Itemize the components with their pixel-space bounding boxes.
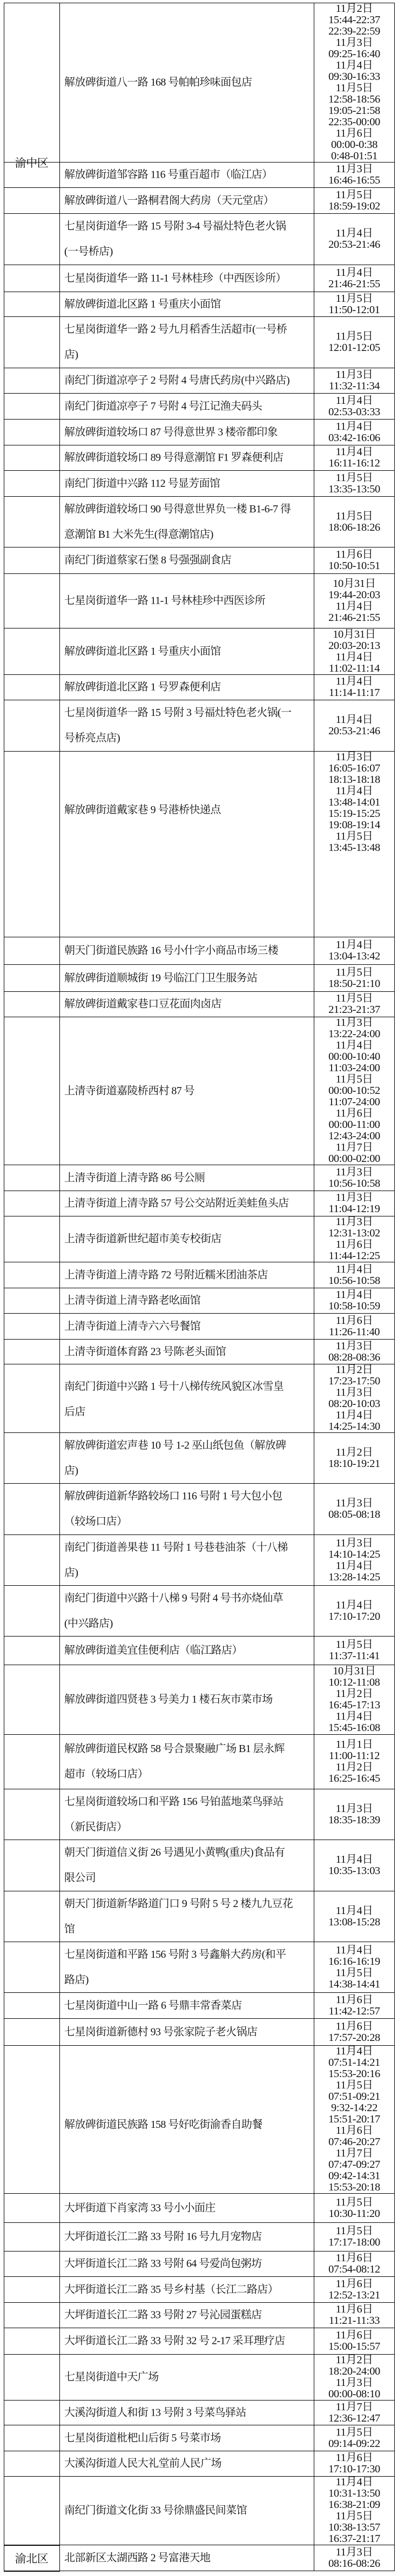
table-row: 大溪沟街道人和街 13 号附 3 号菜鸟驿站 11月7日12:36-12:47 xyxy=(4,2401,395,2425)
address-cell: 七星岗街道和平路 156 号附 3 号鑫斛大药房(和平 路店) xyxy=(59,1942,314,1992)
time-range: 08:05-08:18 xyxy=(328,1509,380,1520)
address-cell: 大坪街道下肖家湾 33 号小小面庄 xyxy=(59,2194,314,2222)
date-label: 11月3日 xyxy=(336,1498,373,1509)
address-text: 朝天门街道新华路道门口 9 号附 5 号 2 楼九九豆花 馆 xyxy=(64,1891,311,1942)
address-cell: 解放碑街道宏声巷 10 号 1-2 巫山纸包鱼（解放碑 店) xyxy=(59,1433,314,1483)
date-label: 11月5日 xyxy=(336,2511,373,2522)
table-row: 解放碑街道四贤巷 3 号美力 1 楼石灰市菜市场 10月31日10:12-11:… xyxy=(4,1665,395,1735)
date-label: 11月5日 xyxy=(336,472,373,484)
date-label: 11月7日 xyxy=(336,2402,373,2413)
date-label: 11月3日 xyxy=(336,37,373,49)
address-text: 大溪沟街道人和街 13 号附 3 号菜鸟驿站 xyxy=(64,2400,311,2425)
address-cell: 解放碑街道美宜佳便利店（临江路店） xyxy=(59,1637,314,1665)
address-text: 大坪街道长江二路 33 号附 32 号 2-17 采耳理疗店 xyxy=(64,2329,311,2354)
time-cell: 11月4日20:53-21:46 xyxy=(314,700,395,751)
address-text: 解放碑街道民权路 58 号合景聚融广场 B1 层永辉 超市（较场口店） xyxy=(64,1736,311,1787)
date-label: 11月4日 xyxy=(336,676,373,687)
address-text: 解放碑街道戴家巷口豆花面肉卤店 xyxy=(64,992,311,1017)
date-label: 11月3日 xyxy=(336,1192,373,1204)
address-cell: 解放碑街道八一路 168 号帕帕珍味面包店 xyxy=(59,3,314,162)
date-label: 11月4日 xyxy=(336,1905,373,1917)
date-label: 11月6日 xyxy=(336,1315,373,1327)
time-range: 14:25-14:30 xyxy=(328,1421,380,1432)
date-label: 11月6日 xyxy=(336,1994,373,2006)
address-text: 七星岗街道新德村 93 号张家院子老火锅店 xyxy=(64,2019,311,2045)
address-text: 七星岗街道华一路 15 号附 3 号福灶特色老火锅(一 号桥亮点店) xyxy=(64,700,311,751)
address-cell: 解放碑街道八一路桐君阁大药房（天元堂店） xyxy=(59,188,314,213)
time-cell: 11月3日13:22-24:0011月4日00:00-10:4011:03-24… xyxy=(314,1017,395,1165)
date-label: 11月4日 xyxy=(336,1264,373,1275)
time-range: 10:12-11:08 xyxy=(328,1677,380,1688)
table-row: 朝天门街道民族路 16 号小什字小商品市场三楼 11月4日13:04-13:42 xyxy=(4,937,395,965)
table-row: 解放碑街道北区路 1 号重庆小面馆 11月5日11:50-12:01 xyxy=(4,292,395,317)
date-label: 11月5日 xyxy=(336,993,373,1004)
date-label: 11月5日 xyxy=(336,2427,373,2438)
time-range: 11:26-11:40 xyxy=(329,1327,380,1338)
address-text: 北部新区太湖西路 2 号富港天地 xyxy=(64,2545,311,2571)
time-range: 16:45-17:13 xyxy=(328,1700,380,1711)
address-text: 上清寺街道上清寺路老吆面馆 xyxy=(64,1288,311,1314)
address-cell: 解放碑街道四贤巷 3 号美力 1 楼石灰市菜市场 xyxy=(59,1665,314,1734)
date-label: 11月3日 xyxy=(336,2547,373,2558)
table-row: 七星岗街道华一路 11-1 号林桂珍（中西医诊所） 11月4日21:46-21:… xyxy=(4,265,395,292)
address-text: 解放碑街道戴家巷 9 号港桥快递点 xyxy=(64,797,311,823)
address-cell: 解放碑街道戴家巷口豆花面肉卤店 xyxy=(59,992,314,1017)
date-label: 11月6日 xyxy=(336,2304,373,2315)
time-cell: 11月4日21:46-21:55 xyxy=(314,265,395,292)
time-cell: 11月4日13:08-15:28 xyxy=(314,1891,395,1942)
time-range: 18:10-19:21 xyxy=(328,1458,380,1470)
address-text: 七星岗街道华一路 11-1 号林桂珍（中西医诊所） xyxy=(64,266,311,291)
date-label: 11月4日 xyxy=(336,714,373,726)
table-row: 南纪门街道善果巷 11 号附 1 号巷巷油茶（十八梯 店) 11月3日14:10… xyxy=(4,1535,395,1586)
time-cell: 11月4日11:14-11:17 xyxy=(314,675,395,700)
address-text: 七星岗街道较场口和平路 156 号铂蓝地菜鸟驿站 （新民街店） xyxy=(64,1789,311,1840)
date-label: 11月3日 xyxy=(336,1538,373,1549)
time-cell: 11月6日17:10-17:30 xyxy=(314,2451,395,2476)
date-label: 11月6日 xyxy=(336,2278,373,2290)
date-label: 11月4日 xyxy=(336,447,373,458)
time-range: 20:53-21:46 xyxy=(328,239,380,251)
time-cell: 11月4日03:42-16:06 xyxy=(314,420,395,445)
table-row: 南纪门街道中兴路 1 号十八梯传统风貌区冰雪皇 后店 11月2日17:23-17… xyxy=(4,1364,395,1433)
address-cell: 七星岗街道中山一路 6 号鼎丰常香菜店 xyxy=(59,1993,314,2018)
time-range: 16:37-21:17 xyxy=(328,2533,380,2545)
address-cell: 七星岗街道华一路 15 号附 3 号福灶特色老火锅(一 号桥亮点店) xyxy=(59,700,314,751)
time-range: 12:36-12:47 xyxy=(328,2413,380,2424)
time-cell: 11月5日11:37-11:41 xyxy=(314,1637,395,1665)
address-cell: 南纪门街道中兴路 112 号显芳面馆 xyxy=(59,471,314,496)
address-text: 上清寺街道上清寺路 86 号公厕 xyxy=(64,1165,311,1191)
address-text: 南纪门街道凉亭子 7 号附 4 号江记渔夫码头 xyxy=(64,394,311,419)
time-range: 08:20-10:03 xyxy=(328,1398,380,1410)
date-label: 11月3日 xyxy=(336,1803,373,1815)
address-text: 南纪门街道中兴路十八梯 9 号附 4 号书亦烧仙草 (中兴路店) xyxy=(64,1586,311,1637)
date-label: 11月4日 xyxy=(336,1410,373,1421)
time-cell: 11月3日11:32-11:34 xyxy=(314,368,395,393)
table-row: 七星岗街道中天广场 11月2日18:20-24:0011月3日00:00-08:… xyxy=(4,2355,395,2401)
time-cell: 11月4日16:16-16:1911月5日14:38-14:41 xyxy=(314,1942,395,1992)
time-cell: 11月6日11:21-11:33 xyxy=(314,2303,395,2328)
address-cell: 解放碑街道较场口 90 号得意世界负一楼 B1-6-7 得 意潮馆 B1 大米先… xyxy=(59,497,314,547)
time-range: 15:45-16:08 xyxy=(328,1722,380,1734)
table-row: 解放碑街道新华路较场口 116 号附 1 号大包小包 （较场口店） 11月3日0… xyxy=(4,1484,395,1535)
time-cell: 11月5日18:50-21:10 xyxy=(314,965,395,991)
table-row: 七星岗街道较场口和平路 156 号铂蓝地菜鸟驿站 （新民街店） 11月3日18:… xyxy=(4,1789,395,1840)
address-cell: 解放碑街道较场口 89 号得意潮馆 F1 罗森便利店 xyxy=(59,445,314,470)
location-table: 解放碑街道八一路 168 号帕帕珍味面包店 11月2日15:44-22:3722… xyxy=(4,3,395,2571)
table-row: 上清寺街道上清寺六六号餐馆 11月6日11:26-11:40 xyxy=(4,1314,395,1340)
address-cell: 上清寺街道上清寺路 57 号公交站附近美蛙鱼头店 xyxy=(59,1191,314,1216)
time-range: 07:51-09:21 xyxy=(328,2091,380,2102)
time-cell: 11月3日10:56-10:58 xyxy=(314,1165,395,1191)
address-text: 七星岗街道中山一路 6 号鼎丰常香菜店 xyxy=(64,1993,311,2018)
time-cell: 11月3日16:05-16:0718:13-18:1811月4日13:48-14… xyxy=(314,752,395,937)
time-range: 18:20-24:00 xyxy=(328,2366,380,2377)
table-row: 上清寺街道上清寺路 57 号公交站附近美蛙鱼头店 11月3日11:04-12:1… xyxy=(4,1191,395,1216)
date-label: 11月4日 xyxy=(336,1289,373,1301)
time-range: 12:43-24:00 xyxy=(328,1131,380,1142)
address-text: 朝天门街道信义街 26 号遇见小黄鸭(重庆)食品有 限公司 xyxy=(64,1840,311,1891)
date-label: 11月1日 xyxy=(336,1739,373,1750)
address-cell: 朝天门街道新华路道门口 9 号附 5 号 2 楼九九豆花 馆 xyxy=(59,1891,314,1942)
address-text: 解放碑街道八一路 168 号帕帕珍味面包店 xyxy=(64,70,311,96)
address-cell: 七星岗街道中天广场 xyxy=(59,2355,314,2400)
address-cell: 南纪门街道蔡家石堡 8 号强强副食店 xyxy=(59,547,314,573)
time-range: 09:25-16:40 xyxy=(328,49,380,60)
time-range: 16:16-16:19 xyxy=(328,1956,380,1968)
time-range: 12:31-13:02 xyxy=(328,1228,380,1239)
time-range: 11:37-11:41 xyxy=(329,1651,380,1662)
table-row: 七星岗街道华一路 15 号附 3-4 号福灶特色老火锅 (一号桥店) 11月4日… xyxy=(4,214,395,265)
time-cell: 11月2日17:23-17:5011月3日08:20-10:0311月4日14:… xyxy=(314,1364,395,1432)
time-range: 11:42-12:57 xyxy=(328,2006,380,2017)
address-cell: 上清寺街道上清寺路 86 号公厕 xyxy=(59,1165,314,1191)
date-label: 11月3日 xyxy=(336,164,373,175)
time-cell: 11月2日18:20-24:0011月3日00:00-08:10 xyxy=(314,2355,395,2400)
address-text: 解放碑街道北区路 1 号罗森便利店 xyxy=(64,675,311,700)
time-cell: 11月3日11:04-12:19 xyxy=(314,1191,395,1216)
time-cell: 11月5日11:50-12:01 xyxy=(314,292,395,316)
address-cell: 解放碑街道戴家巷 9 号港桥快递点 xyxy=(59,752,314,937)
table-row: 上清寺街道上清寺路老吆面馆 11月4日10:58-10:59 xyxy=(4,1288,395,1314)
address-text: 解放碑街道宏声巷 10 号 1-2 巫山纸包鱼（解放碑 店) xyxy=(64,1433,311,1484)
time-cell: 11月4日16:11-16:12 xyxy=(314,445,395,470)
address-cell: 大溪沟街道人民大礼堂前人民广场 xyxy=(59,2451,314,2476)
table-row: 七星岗街道和平路 156 号附 3 号鑫斛大药房(和平 路店) 11月4日16:… xyxy=(4,1942,395,1993)
address-text: 上清寺街道上清寺路 57 号公交站附近美蛙鱼头店 xyxy=(64,1191,311,1216)
table-row: 解放碑街道宏声巷 10 号 1-2 巫山纸包鱼（解放碑 店) 11月2日18:1… xyxy=(4,1433,395,1484)
address-cell: 大溪沟街道人和街 13 号附 3 号菜鸟驿站 xyxy=(59,2401,314,2425)
date-label: 11月4日 xyxy=(336,1560,373,1572)
time-cell: 11月4日13:04-13:42 xyxy=(314,937,395,964)
table-row: 大坪街道长江二路 33 号附 64 号爱尚包粥坊 11月6日07:54-08:1… xyxy=(4,2252,395,2277)
time-cell: 11月5日10:30-11:20 xyxy=(314,2194,395,2222)
time-range: 11:50-12:01 xyxy=(328,305,380,316)
date-label: 11月4日 xyxy=(336,2477,373,2488)
address-cell: 上清寺街道上清寺路 72 号附近糯米团油茶店 xyxy=(59,1262,314,1288)
time-cell: 11月5日12:01-12:05 xyxy=(314,317,395,368)
time-range: 15:19-15:25 xyxy=(328,808,380,820)
table-row: 七星岗街道新德村 93 号张家院子老火锅店 11月6日17:57-20:28 xyxy=(4,2019,395,2046)
time-cell: 11月4日20:53-21:46 xyxy=(314,214,395,265)
table-row: 大坪街道长江二路 33 号附 32 号 2-17 采耳理疗店 11月6日15:0… xyxy=(4,2328,395,2355)
time-cell: 11月4日07:51-14:2115:53-20:1611月5日07:51-09… xyxy=(314,2046,395,2193)
date-label: 11月2日 xyxy=(336,1364,373,1376)
date-label: 11月5日 xyxy=(336,2226,373,2237)
time-cell: 11月3日18:35-18:39 xyxy=(314,1789,395,1840)
table-row: 大坪街道长江二路 35 号乡村基（长江二路店） 11月6日12:52-13:21 xyxy=(4,2277,395,2303)
address-text: 上清寺街道体育路 23 号陈老头面馆 xyxy=(64,1339,311,1364)
time-cell: 11月4日17:10-17:20 xyxy=(314,1586,395,1636)
time-range: 17:57-20:28 xyxy=(328,2032,380,2044)
date-label: 11月3日 xyxy=(336,2377,373,2389)
address-text: 七星岗街道华一路 2 号九月稻香生活超市(一号桥 店) xyxy=(64,317,311,368)
address-cell: 大坪街道长江二路 33 号附 16 号九月宠物店 xyxy=(59,2223,314,2251)
table-row: 上清寺街道新世纪超市美专校街店 11月3日12:31-13:0211月6日11:… xyxy=(4,1216,395,1262)
time-range: 09:30-16:33 xyxy=(328,71,380,83)
time-range: 08:16-08:26 xyxy=(328,2558,380,2570)
table-row: 大坪街道长江二路 33 号附 16 号九月宠物店 11月5日17:17-18:0… xyxy=(4,2223,395,2252)
table-row: 大溪沟街道人民大礼堂前人民广场 11月6日17:10-17:30 xyxy=(4,2451,395,2477)
address-cell: 上清寺街道上清寺路老吆面馆 xyxy=(59,1288,314,1313)
time-range: 00:00-10:40 xyxy=(328,1051,380,1063)
address-text: 解放碑街道顺城街 19 号临江门卫生服务站 xyxy=(64,965,311,991)
time-cell: 11月4日10:58-10:59 xyxy=(314,1288,395,1313)
address-text: 南纪门街道文化街 33 号徐鼎盛民间菜馆 xyxy=(64,2498,311,2524)
date-label: 11月4日 xyxy=(336,1854,373,1865)
time-range: 22:35-00:00 xyxy=(328,117,380,128)
time-cell: 11月7日12:36-12:47 xyxy=(314,2401,395,2425)
date-label: 11月4日 xyxy=(336,786,373,797)
time-range: 11:00-11:12 xyxy=(329,1750,380,1762)
time-range: 11:03-24:00 xyxy=(328,1063,380,1074)
date-label: 11月5日 xyxy=(336,331,373,342)
table-bottom-border xyxy=(4,2571,60,2572)
table-row: 七星岗街道中山一路 6 号鼎丰常香菜店 11月6日11:42-12:57 xyxy=(4,1993,395,2019)
time-range: 12:52-13:21 xyxy=(328,2290,380,2301)
time-range: 16:25-16:45 xyxy=(328,1773,380,1784)
time-range: 11:14-11:17 xyxy=(329,687,380,699)
time-cell: 11月4日10:31-13:5016:38-21:0911月5日10:38-13… xyxy=(314,2477,395,2545)
time-range: 09:42-14:31 xyxy=(328,2171,380,2182)
table-row: 北部新区太湖西路 2 号富港天地 11月3日08:16-08:26 xyxy=(4,2545,395,2571)
address-cell: 解放碑街道北区路 1 号重庆小面馆 xyxy=(59,292,314,316)
date-label: 11月5日 xyxy=(336,1074,373,1085)
table-row: 解放碑街道邹容路 116 号重百超市（临江店） 11月3日16:46-16:55 xyxy=(4,163,395,188)
date-label: 11月4日 xyxy=(336,60,373,71)
address-cell: 南纪门街道文化街 33 号徐鼎盛民间菜馆 xyxy=(59,2477,314,2545)
address-text: 南纪门街道蔡家石堡 8 号强强副食店 xyxy=(64,548,311,573)
date-label: 11月5日 xyxy=(336,2197,373,2208)
address-text: 大坪街道长江二路 33 号附 64 号爱尚包粥坊 xyxy=(64,2252,311,2277)
time-cell: 11月5日13:35-13:50 xyxy=(314,471,395,496)
address-text: 解放碑街道较场口 89 号得意潮馆 F1 罗森便利店 xyxy=(64,445,311,471)
time-range: 07:51-14:21 xyxy=(328,2057,380,2068)
date-label: 11月6日 xyxy=(336,128,373,139)
time-range: 15:51-20:17 xyxy=(328,2114,380,2125)
address-cell: 解放碑街道邹容路 116 号重百超市（临江店） xyxy=(59,163,314,187)
date-label: 11月6日 xyxy=(336,2452,373,2464)
time-range: 10:35-13:03 xyxy=(328,1865,380,1877)
date-label: 11月4日 xyxy=(336,421,373,432)
date-label: 10月31日 xyxy=(333,629,376,640)
table-row: 南纪门街道凉亭子 2 号附 4 号唐氏药房(中兴路店) 11月3日11:32-1… xyxy=(4,368,395,394)
time-range: 07:46-20:27 xyxy=(328,2136,380,2148)
table-row: 解放碑街道较场口 89 号得意潮馆 F1 罗森便利店 11月4日16:11-16… xyxy=(4,445,395,471)
address-text: 南纪门街道中兴路 112 号显芳面馆 xyxy=(64,471,311,496)
date-label: 11月3日 xyxy=(336,1167,373,1178)
address-text: 解放碑街道民族路 158 号好吃街渝香自助餐 xyxy=(64,2112,311,2138)
address-text: 大坪街道长江二路 35 号乡村基（长江二路店） xyxy=(64,2277,311,2302)
address-text: 七星岗街道中天广场 xyxy=(64,2365,311,2390)
time-range: 21:46-21:55 xyxy=(328,612,380,624)
time-cell: 11月6日07:54-08:12 xyxy=(314,2252,395,2276)
address-cell: 南纪门街道凉亭子 2 号附 4 号唐氏药房(中兴路店) xyxy=(59,368,314,393)
time-range: 16:38-21:09 xyxy=(328,2499,380,2511)
date-label: 11月4日 xyxy=(336,228,373,239)
time-range: 15:53-20:18 xyxy=(328,2182,380,2193)
date-label: 11月2日 xyxy=(336,1688,373,1700)
address-text: 上清寺街道上清寺路 72 号附近糯米团油茶店 xyxy=(64,1262,311,1288)
time-range: 10:50-10:51 xyxy=(328,560,380,572)
address-cell: 七星岗街道华一路 11-1 号林桂珍中西医诊所 xyxy=(59,574,314,628)
time-range: 12:58-18:56 xyxy=(328,94,380,105)
time-cell: 11月5日17:17-18:00 xyxy=(314,2223,395,2251)
address-cell: 朝天门街道民族路 16 号小什字小商品市场三楼 xyxy=(59,937,314,964)
address-cell: 解放碑街道较场口 87 号得意世界 3 楼帝都印象 xyxy=(59,420,314,445)
date-label: 11月6日 xyxy=(336,1108,373,1119)
time-range: 18:35-18:39 xyxy=(328,1815,380,1826)
address-text: 南纪门街道凉亭子 2 号附 4 号唐氏药房(中兴路店) xyxy=(64,368,311,394)
address-cell: 七星岗街道新德村 93 号张家院子老火锅店 xyxy=(59,2019,314,2045)
address-text: 南纪门街道中兴路 1 号十八梯传统风貌区冰雪皇 后店 xyxy=(64,1374,311,1425)
time-cell: 10月31日19:44-20:0311月4日21:46-21:55 xyxy=(314,574,395,628)
time-range: 17:10-17:20 xyxy=(328,1611,380,1622)
address-cell: 朝天门街道信义街 26 号遇见小黄鸭(重庆)食品有 限公司 xyxy=(59,1840,314,1891)
address-cell: 上清寺街道嘉陵桥西村 87 号 xyxy=(59,1017,314,1165)
address-text: 大坪街道长江二路 33 号附 16 号九月宠物店 xyxy=(64,2225,311,2250)
address-cell: 上清寺街道上清寺六六号餐馆 xyxy=(59,1314,314,1339)
time-range: 13:35-13:50 xyxy=(328,484,380,495)
table-row: 南纪门街道凉亭子 7 号附 4 号江记渔夫码头 11月4日02:53-03:33 xyxy=(4,394,395,420)
time-range: 19:08-19:14 xyxy=(328,820,380,831)
time-cell: 11月6日12:52-13:21 xyxy=(314,2277,395,2302)
address-cell: 七星岗街道华一路 11-1 号林桂珍（中西医诊所） xyxy=(59,265,314,292)
time-cell: 11月6日17:57-20:28 xyxy=(314,2019,395,2045)
table-row: 解放碑街道较场口 90 号得意世界负一楼 B1-6-7 得 意潮馆 B1 大米先… xyxy=(4,497,395,547)
address-text: 七星岗街道和平路 156 号附 3 号鑫斛大药房(和平 路店) xyxy=(64,1942,311,1993)
address-cell: 七星岗街道较场口和平路 156 号铂蓝地菜鸟驿站 （新民街店） xyxy=(59,1789,314,1840)
table-row: 上清寺街道体育路 23 号陈老头面馆 11月3日08:28-08:36 xyxy=(4,1340,395,1364)
time-cell: 11月3日16:46-16:55 xyxy=(314,163,395,187)
address-cell: 七星岗街道枇杷山后街 5 号菜市场 xyxy=(59,2425,314,2451)
address-text: 七星岗街道华一路 11-1 号林桂珍中西医诊所 xyxy=(64,589,311,614)
date-label: 11月3日 xyxy=(336,752,373,763)
date-label: 11月3日 xyxy=(336,1341,373,1352)
time-range: 11:21-11:33 xyxy=(329,2315,380,2327)
date-label: 11月2日 xyxy=(336,3,373,15)
date-label: 11月4日 xyxy=(336,1945,373,1956)
time-range: 14:10-14:25 xyxy=(328,1549,380,1560)
time-cell: 11月6日15:00-15:57 xyxy=(314,2328,395,2354)
time-range: 09:14-09:22 xyxy=(328,2438,380,2450)
table-row: 朝天门街道信义街 26 号遇见小黄鸭(重庆)食品有 限公司 11月4日10:35… xyxy=(4,1840,395,1891)
date-label: 11月4日 xyxy=(336,395,373,407)
table-row: 解放碑街道顺城街 19 号临江门卫生服务站 11月5日18:50-21:10 xyxy=(4,965,395,992)
address-cell: 七星岗街道华一路 15 号附 3-4 号福灶特色老火锅 (一号桥店) xyxy=(59,214,314,265)
time-cell: 10月31日20:03-20:1311月4日11:02-11:14 xyxy=(314,628,395,674)
address-text: 解放碑街道邹容路 116 号重百超市（临江店） xyxy=(64,163,311,188)
time-range: 22:39-22:59 xyxy=(328,26,380,37)
time-range: 11:04-12:19 xyxy=(328,1204,380,1215)
time-range: 9:32-14:22 xyxy=(331,2102,377,2114)
date-label: 11月6日 xyxy=(336,549,373,560)
time-cell: 11月6日11:26-11:40 xyxy=(314,1314,395,1339)
time-range: 11:32-11:34 xyxy=(329,381,380,392)
time-range: 10:38-13:57 xyxy=(328,2522,380,2533)
table-row: 解放碑街道较场口 87 号得意世界 3 楼帝都印象 11月4日03:42-16:… xyxy=(4,420,395,445)
date-label: 11月5日 xyxy=(336,190,373,201)
date-label: 11月5日 xyxy=(336,831,373,842)
date-label: 11月4日 xyxy=(336,1711,373,1722)
time-range: 14:38-14:41 xyxy=(328,1979,380,1990)
time-range: 10:56-10:58 xyxy=(328,1178,380,1189)
date-label: 11月5日 xyxy=(336,511,373,522)
date-label: 11月6日 xyxy=(336,2021,373,2032)
time-range: 20:03-20:13 xyxy=(328,640,380,652)
address-cell: 南纪门街道凉亭子 7 号附 4 号江记渔夫码头 xyxy=(59,394,314,419)
address-text: 七星岗街道华一路 15 号附 3-4 号福灶特色老火锅 (一号桥店) xyxy=(64,214,311,265)
date-label: 11月3日 xyxy=(336,1387,373,1398)
time-range: 13:08-15:28 xyxy=(328,1917,380,1928)
address-cell: 解放碑街道民权路 58 号合景聚融广场 B1 层永辉 超市（较场口店） xyxy=(59,1735,314,1789)
time-range: 16:46-16:55 xyxy=(328,175,380,186)
date-label: 11月5日 xyxy=(336,293,373,305)
address-cell: 上清寺街道新世纪超市美专校街店 xyxy=(59,1216,314,1262)
time-range: 03:42-16:06 xyxy=(328,432,380,444)
date-label: 11月6日 xyxy=(336,2330,373,2341)
time-range: 15:53-20:16 xyxy=(328,2068,380,2080)
date-label: 11月5日 xyxy=(336,1968,373,1979)
time-cell: 11月3日08:16-08:26 xyxy=(314,2545,395,2571)
date-label: 11月3日 xyxy=(336,1017,373,1029)
time-range: 15:44-22:37 xyxy=(328,15,380,26)
address-text: 解放碑街道较场口 87 号得意世界 3 楼帝都印象 xyxy=(64,420,311,445)
table-row: 南纪门街道中兴路 112 号显芳面馆 11月5日13:35-13:50 xyxy=(4,471,395,497)
date-label: 11月4日 xyxy=(336,601,373,612)
time-range: 20:53-21:46 xyxy=(328,726,380,737)
date-label: 11月6日 xyxy=(336,2253,373,2264)
address-cell: 大坪街道长江二路 35 号乡村基（长江二路店） xyxy=(59,2277,314,2302)
address-cell: 北部新区太湖西路 2 号富港天地 xyxy=(59,2545,314,2571)
time-cell: 11月2日15:44-22:3722:39-22:5911月3日09:25-16… xyxy=(314,3,395,162)
address-text: 大溪沟街道人民大礼堂前人民广场 xyxy=(64,2451,311,2477)
time-cell: 11月1日11:00-11:1211月2日16:25-16:45 xyxy=(314,1735,395,1789)
table-row: 解放碑街道八一路 168 号帕帕珍味面包店 11月2日15:44-22:3722… xyxy=(4,3,395,163)
time-range: 21:23-21:37 xyxy=(328,1004,380,1016)
address-text: 南纪门街道善果巷 11 号附 1 号巷巷油茶（十八梯 店) xyxy=(64,1535,311,1586)
date-label: 10月31日 xyxy=(333,578,376,590)
time-range: 12:01-12:05 xyxy=(328,342,380,354)
time-range: 16:05-16:07 xyxy=(328,763,380,774)
time-range: 13:04-13:42 xyxy=(328,951,380,962)
time-range: 19:44-20:03 xyxy=(328,590,380,601)
date-label: 11月2日 xyxy=(336,1447,373,1458)
date-label: 11月4日 xyxy=(336,1600,373,1611)
address-text: 解放碑街道北区路 1 号重庆小面馆 xyxy=(64,639,311,664)
address-text: 上清寺街道嘉陵桥西村 87 号 xyxy=(64,1078,311,1104)
